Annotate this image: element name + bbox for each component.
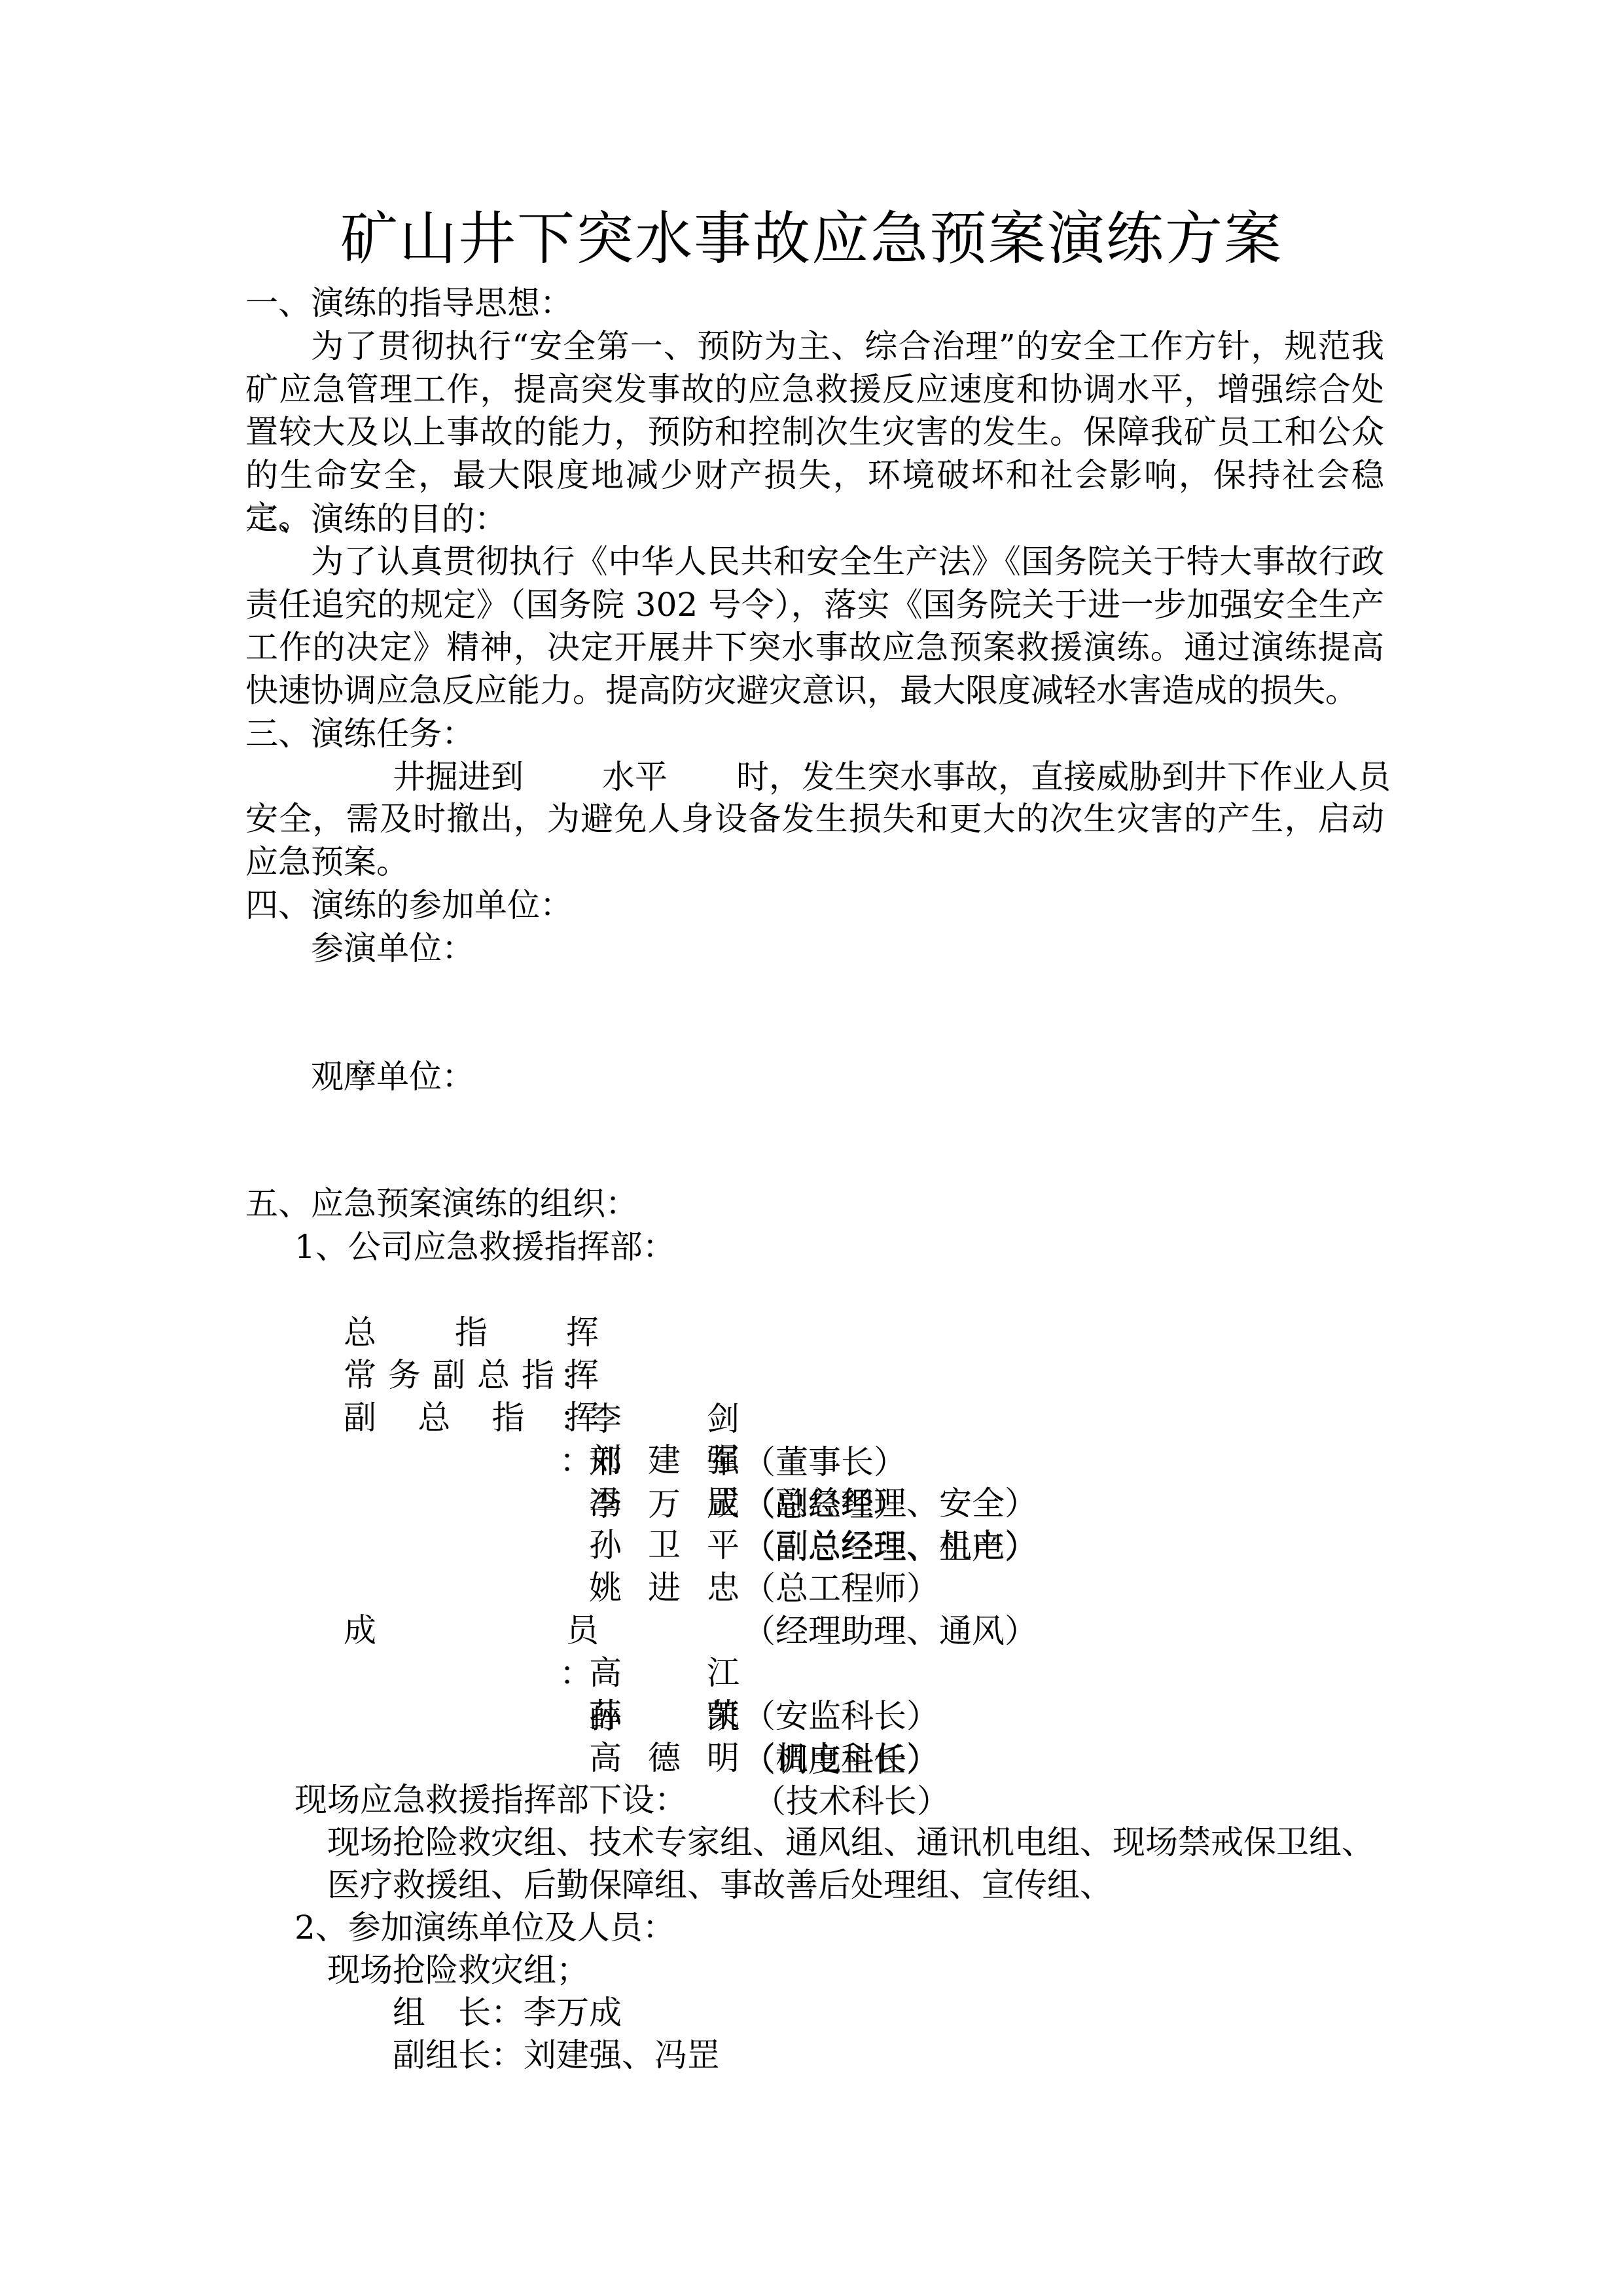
section-4-heading: 四、演练的参加单位： bbox=[245, 884, 573, 927]
subsection-2-heading: 2、参加演练单位及人员： bbox=[294, 1906, 675, 1949]
section-3-body-event: 时，发生突水事故，直接威胁到井下作业人员 bbox=[736, 755, 1391, 798]
section-2-body: 为了认真贯彻执行《中华人民共和安全生产法》《国务院关于特大事故行政责任追究的规定… bbox=[245, 541, 1384, 712]
group-leader-label: 组 长： bbox=[393, 1994, 524, 2032]
participants-label: 参演单位： bbox=[311, 927, 474, 970]
deputy-leader-names: 刘建强、冯罡 bbox=[524, 2036, 720, 2074]
org-name: 高德明 bbox=[589, 1736, 740, 1780]
org-name: 冯罡 bbox=[589, 1481, 740, 1524]
document-title: 矿山井下突水事故应急预案演练方案 bbox=[0, 200, 1623, 278]
org-row: 高德明 （技术科长） bbox=[0, 1693, 42, 1866]
deputy-leader-label: 副组长： bbox=[393, 2036, 524, 2074]
field-command-groups-line-1: 现场抢险救灾组、技术专家组、通风组、通讯机电组、现场禁戒保卫组、 bbox=[327, 1821, 1374, 1864]
org-label: 总指挥 bbox=[344, 1311, 599, 1354]
document-page: 矿山井下突水事故应急预案演练方案 一、演练的指导思想： 为了贯彻执行“安全第一、… bbox=[0, 0, 1623, 2296]
org-role: （总工程师） bbox=[743, 1567, 939, 1610]
section-3-body-shaft: 井掘进到 bbox=[393, 755, 524, 798]
field-command-groups-line-2: 医疗救援组、后勤保障组、事故善后处理组、宣传组、 bbox=[327, 1863, 1113, 1907]
org-label: 副总指挥 bbox=[344, 1396, 599, 1439]
org-role: （副总经理、机电） bbox=[743, 1524, 1037, 1568]
org-role: （安监科长） bbox=[743, 1695, 939, 1738]
section-2-heading: 二、演练的目的： bbox=[245, 497, 507, 541]
org-label: 成员 bbox=[344, 1609, 599, 1652]
section-3-heading: 三、演练任务： bbox=[245, 712, 474, 755]
org-name: 刘建强 bbox=[589, 1439, 740, 1482]
org-label: 常务副总指挥 bbox=[344, 1354, 599, 1397]
subsection-1-heading: 1、公司应急救援指挥部： bbox=[294, 1225, 675, 1268]
section-3-body-rest: 安全，需及时撤出，为避免人身设备发生损失和更大的次生灾害的产生，启动应急预案。 bbox=[245, 798, 1384, 884]
org-role: （董事长） bbox=[743, 1441, 906, 1484]
org-name: 姚进忠 bbox=[589, 1566, 740, 1609]
org-name: 孙卫平 bbox=[589, 1524, 740, 1567]
section-5-heading: 五、应急预案演练的组织： bbox=[245, 1182, 638, 1225]
org-role: （机电科长） bbox=[743, 1737, 939, 1780]
group-leader-row: 组 长：李万成 bbox=[393, 1991, 622, 2034]
org-name: 李剑 bbox=[589, 1397, 740, 1441]
field-command-heading: 现场应急救援指挥部下设： bbox=[294, 1778, 687, 1821]
org-colon: ： bbox=[560, 1652, 592, 1695]
deputy-leader-row: 副组长：刘建强、冯罡 bbox=[393, 2034, 720, 2077]
org-name: 薛荣 bbox=[589, 1694, 740, 1737]
org-colon: ： bbox=[560, 1439, 592, 1482]
section-1-heading: 一、演练的指导思想： bbox=[245, 281, 573, 325]
group-leader-name: 李万成 bbox=[524, 1994, 622, 2032]
org-role: （经理助理、通风） bbox=[743, 1609, 1037, 1653]
org-role: （副总经理、安全） bbox=[743, 1482, 1037, 1525]
observers-label: 观摩单位： bbox=[311, 1055, 474, 1098]
rescue-group-name: 现场抢险救灾组； bbox=[327, 1948, 589, 1992]
org-role: （技术科长） bbox=[743, 1780, 950, 1823]
org-name: 高江 bbox=[589, 1651, 740, 1695]
section-3-body-level: 水平 bbox=[602, 755, 668, 798]
